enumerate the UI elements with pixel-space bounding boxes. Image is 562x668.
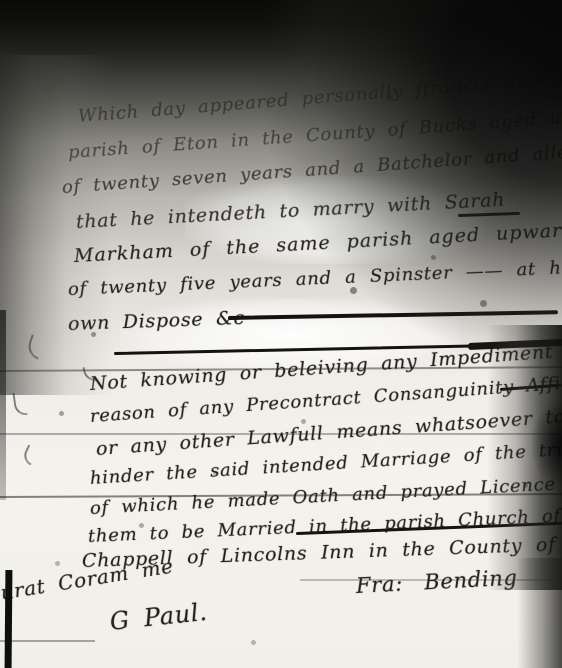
- document-scan: 21st Augst 16— Which day appeared person…: [0, 0, 562, 668]
- fold-line: [0, 640, 95, 642]
- ink-speckles: [0, 0, 3, 3]
